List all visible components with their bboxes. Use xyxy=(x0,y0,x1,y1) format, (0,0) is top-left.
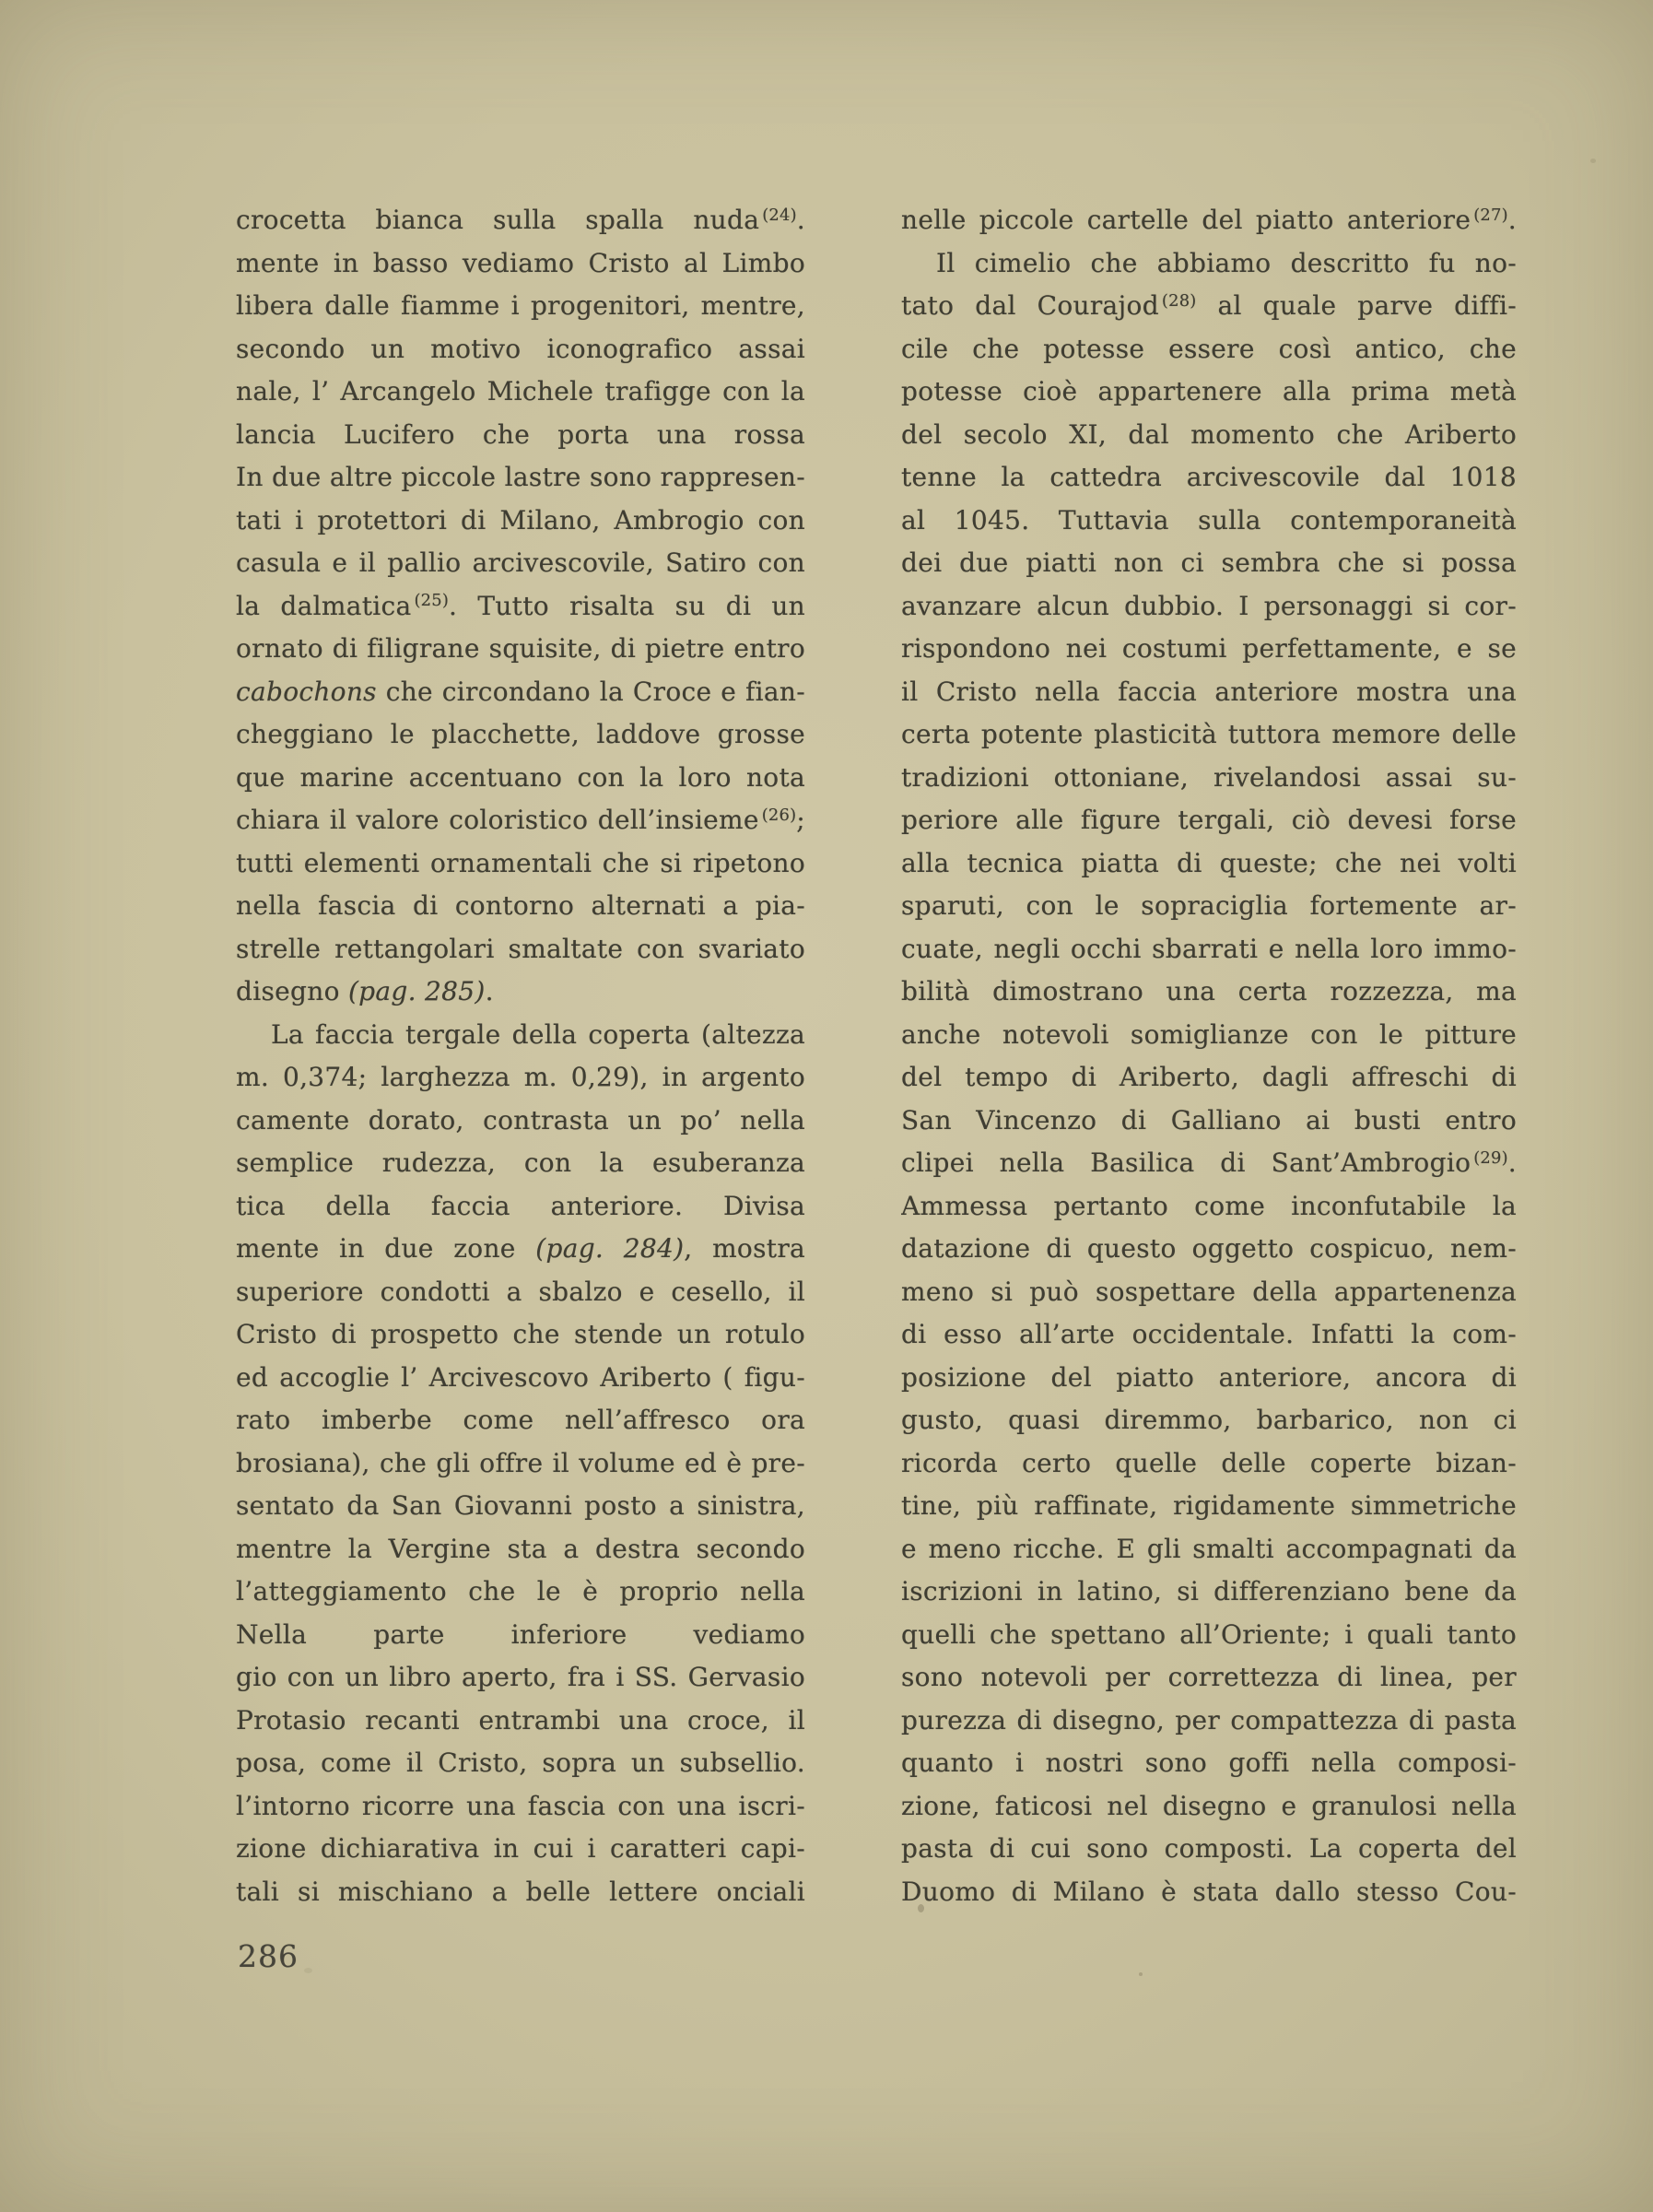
text-line: cuate, negli occhi sbarrati e nella loro… xyxy=(901,928,1517,971)
text-segment: cabochons xyxy=(236,677,377,707)
text-segment: que marine accentuano con la loro nota xyxy=(236,762,805,793)
ink-speck xyxy=(1590,159,1596,163)
text-line: nella fascia di contorno alternati a pia… xyxy=(236,885,805,928)
text-segment: secondo un motivo iconografico assai ori… xyxy=(236,334,805,371)
text-segment: Nella parte inferiore vediamo Sant’Ambro… xyxy=(236,1619,805,1657)
text-line: casula e il pallio arcivescovile, Satiro… xyxy=(236,542,805,585)
text-line: bilità dimostrano una certa rozzezza, ma xyxy=(901,971,1517,1014)
text-line: sentato da San Giovanni posto a sinistra… xyxy=(236,1485,805,1528)
text-segment: . xyxy=(1508,205,1517,235)
text-line: que marine accentuano con la loro nota xyxy=(236,757,805,800)
text-segment: tali si mischiano a belle lettere oncial… xyxy=(236,1877,805,1914)
text-segment: tradizioni ottoniane, rivelandosi assai … xyxy=(901,762,1517,793)
text-line: meno si può sospettare della appartenenz… xyxy=(901,1271,1517,1314)
text-segment: del secolo XI, dal momento che Ariberto xyxy=(901,419,1517,450)
text-line: mente in due zone (pag. 284), mostra nel… xyxy=(236,1228,805,1271)
text-segment: mentre la Vergine sta a destra secondo xyxy=(236,1534,805,1564)
text-line: nelle piccole cartelle del piatto anteri… xyxy=(901,199,1517,242)
text-line: iscrizioni in latino, si differenziano b… xyxy=(901,1571,1517,1614)
text-line: clipei nella Basilica di Sant’Ambrogio(2… xyxy=(901,1142,1517,1185)
text-line: anche notevoli somiglianze con le pittur… xyxy=(901,1014,1517,1057)
footnote-reference: (26) xyxy=(762,806,797,825)
text-line: brosiana), che gli offre il volume ed è … xyxy=(236,1442,805,1486)
text-line: Nella parte inferiore vediamo Sant’Ambro… xyxy=(236,1614,805,1657)
text-segment: clipei nella Basilica di Sant’Ambrogio xyxy=(901,1147,1471,1178)
text-segment: meno si può sospettare della appartenenz… xyxy=(901,1277,1517,1307)
ink-speck xyxy=(1139,1972,1143,1976)
footnote-reference: (28) xyxy=(1162,291,1197,311)
text-line: sono notevoli per correttezza di linea, … xyxy=(901,1656,1517,1700)
text-line: semplice rudezza, con la esuberanza crom… xyxy=(236,1142,805,1185)
text-line: alla tecnica piatta di queste; che nei v… xyxy=(901,842,1517,886)
text-line: nale, l’ Arcangelo Michele trafigge con … xyxy=(236,371,805,414)
text-segment: l’intorno ricorre una fascia con una isc… xyxy=(236,1791,805,1821)
text-line: Duomo di Milano è stata dallo stesso Cou… xyxy=(901,1871,1517,1914)
text-segment: tati i protettori di Milano, Ambrogio co… xyxy=(236,505,805,543)
book-page: crocetta bianca sulla spalla nuda(24). F… xyxy=(0,0,1653,2212)
text-segment: rispondono nei costumi perfettamente, e … xyxy=(901,633,1517,664)
text-segment: certa potente plasticità tuttora memore … xyxy=(901,719,1517,749)
text-segment: sentato da San Giovanni posto a sinistra… xyxy=(236,1490,805,1521)
text-line: Cristo di prospetto che stende un rotulo xyxy=(236,1313,805,1357)
text-segment: chiara il valore coloristico dell’insiem… xyxy=(236,805,759,835)
text-segment: l’atteggiamento che le è proprio nella D… xyxy=(236,1576,805,1614)
text-segment: rato imberbe come nell’affresco ora all’… xyxy=(236,1405,805,1442)
text-segment: e meno ricche. E gli smalti accompagnati… xyxy=(901,1534,1517,1564)
text-segment: posa, come il Cristo, sopra un subsellio… xyxy=(236,1747,805,1785)
footnote-reference: (24) xyxy=(762,206,797,225)
text-segment: La faccia tergale della coperta (altezza xyxy=(271,1019,805,1050)
text-line: mentre la Vergine sta a destra secondo xyxy=(236,1528,805,1571)
text-line: tato dal Courajod(28) al quale parve dif… xyxy=(901,285,1517,328)
text-line: libera dalle fiamme i progenitori, mentr… xyxy=(236,285,805,328)
text-line: tica della faccia anteriore. Divisa tras… xyxy=(236,1185,805,1229)
text-line: datazione di questo oggetto cospicuo, ne… xyxy=(901,1228,1517,1271)
footnote-reference: (25) xyxy=(414,591,449,610)
text-line: cheggiano le placchette, laddove grosse … xyxy=(236,713,805,757)
text-line: del tempo di Ariberto, dagli affreschi d… xyxy=(901,1056,1517,1100)
text-segment: cheggiano le placchette, laddove grosse … xyxy=(236,719,805,757)
text-line: Ammessa pertanto come inconfutabile la xyxy=(901,1185,1517,1229)
text-line: la dalmatica(25). Tutto risalta su di un… xyxy=(236,585,805,629)
text-segment: . xyxy=(486,976,494,1006)
text-line: cabochons che circondano la Croce e fian… xyxy=(236,671,805,714)
text-segment: pasta di cui sono composti. La coperta d… xyxy=(901,1833,1517,1864)
text-line: l’atteggiamento che le è proprio nella D… xyxy=(236,1571,805,1614)
text-segment: semplice rudezza, con la esuberanza crom… xyxy=(236,1147,805,1185)
text-line: tradizioni ottoniane, rivelandosi assai … xyxy=(901,757,1517,800)
text-line: zione, faticosi nel disegno e granulosi … xyxy=(901,1785,1517,1829)
text-line: disegno (pag. 285). xyxy=(236,971,805,1014)
text-segment: al 1045. Tuttavia sulla contemporaneità xyxy=(901,505,1517,535)
text-segment: nelle piccole cartelle del piatto anteri… xyxy=(901,205,1471,235)
text-segment: Ammessa pertanto come inconfutabile la xyxy=(901,1191,1517,1221)
text-line: camente dorato, contrasta un po’ nella s… xyxy=(236,1100,805,1143)
text-segment: cuate, negli occhi sbarrati e nella loro… xyxy=(901,934,1517,964)
text-segment: (pag. 285) xyxy=(348,976,486,1006)
text-segment: periore alle figure tergali, ciò devesi … xyxy=(901,805,1517,835)
text-line: crocetta bianca sulla spalla nuda(24). F… xyxy=(236,199,805,242)
text-segment: la dalmatica xyxy=(236,591,411,621)
text-segment: libera dalle fiamme i progenitori, mentr… xyxy=(236,290,805,321)
text-segment: tine, più raffinate, rigidamente simmetr… xyxy=(901,1490,1517,1521)
text-segment: zione, faticosi nel disegno e granulosi … xyxy=(901,1791,1517,1821)
page-number: 286 xyxy=(238,1941,299,1971)
text-segment: al quale parve diffi- xyxy=(1196,290,1517,321)
text-segment: quelli che spettano all’Oriente; i quali… xyxy=(901,1619,1517,1650)
text-line: dei due piatti non ci sembra che si poss… xyxy=(901,542,1517,585)
text-segment: avanzare alcun dubbio. I personaggi si c… xyxy=(901,591,1517,621)
text-line: chiara il valore coloristico dell’insiem… xyxy=(236,799,805,842)
text-segment: mente in due zone xyxy=(236,1233,535,1264)
text-segment: cile che potesse essere così antico, che xyxy=(901,334,1517,364)
text-segment: disegno xyxy=(236,976,348,1006)
ink-speck xyxy=(918,1904,924,1912)
text-segment: lancia Lucifero che porta una rossa coro… xyxy=(236,419,805,457)
text-segment: Duomo di Milano è stata dallo stesso Cou… xyxy=(901,1877,1517,1907)
text-line: il Cristo nella faccia anteriore mostra … xyxy=(901,671,1517,714)
text-segment: crocetta bianca sulla spalla nuda xyxy=(236,205,759,235)
text-line: tenne la cattedra arcivescovile dal 1018 xyxy=(901,456,1517,500)
text-segment: zione dichiarativa in cui i caratteri ca… xyxy=(236,1833,805,1864)
text-segment: iscrizioni in latino, si differenziano b… xyxy=(901,1576,1517,1606)
text-line: gusto, quasi diremmo, barbarico, non ci xyxy=(901,1399,1517,1442)
text-line: tutti elementi ornamentali che si ripeto… xyxy=(236,842,805,886)
text-segment: San Vincenzo di Galliano ai busti entro xyxy=(901,1105,1517,1135)
text-segment: camente dorato, contrasta un po’ nella s… xyxy=(236,1105,805,1143)
text-segment: sparuti, con le sopraciglia fortemente a… xyxy=(901,890,1517,921)
text-line: mente in basso vediamo Cristo al Limbo c… xyxy=(236,242,805,286)
text-segment: del tempo di Ariberto, dagli affreschi d… xyxy=(901,1062,1517,1092)
text-line: quelli che spettano all’Oriente; i quali… xyxy=(901,1614,1517,1657)
text-line: periore alle figure tergali, ciò devesi … xyxy=(901,799,1517,842)
text-segment: dei due piatti non ci sembra che si poss… xyxy=(901,547,1517,578)
text-segment: tica della faccia anteriore. Divisa tras… xyxy=(236,1191,805,1229)
text-line: m. 0,374; larghezza m. 0,29), in argento… xyxy=(236,1056,805,1100)
text-line: quanto i nostri sono goffi nella composi… xyxy=(901,1742,1517,1785)
text-segment: brosiana), che gli offre il volume ed è … xyxy=(236,1448,805,1478)
text-segment: Protasio recanti entrambi una croce, il … xyxy=(236,1705,805,1743)
text-line: ricorda certo quelle delle coperte bizan… xyxy=(901,1442,1517,1486)
text-line: In due altre piccole lastre sono rappres… xyxy=(236,456,805,500)
text-line: secondo un motivo iconografico assai ori… xyxy=(236,328,805,371)
text-line: zione dichiarativa in cui i caratteri ca… xyxy=(236,1828,805,1871)
text-line: rato imberbe come nell’affresco ora all’… xyxy=(236,1399,805,1442)
text-line: Protasio recanti entrambi una croce, il … xyxy=(236,1700,805,1743)
text-segment: alla tecnica piatta di queste; che nei v… xyxy=(901,848,1517,878)
text-line: San Vincenzo di Galliano ai busti entro xyxy=(901,1100,1517,1143)
right-column: nelle piccole cartelle del piatto anteri… xyxy=(901,199,1517,1913)
text-segment: di esso all’arte occidentale. Infatti la… xyxy=(901,1319,1517,1349)
text-segment: m. 0,374; larghezza m. 0,29), in argento… xyxy=(236,1062,805,1100)
text-line: tine, più raffinate, rigidamente simmetr… xyxy=(901,1485,1517,1528)
text-segment: mente in basso vediamo Cristo al Limbo c… xyxy=(236,248,805,286)
text-line: tali si mischiano a belle lettere oncial… xyxy=(236,1871,805,1914)
text-segment: nale, l’ Arcangelo Michele trafigge con … xyxy=(236,376,805,406)
text-line: posizione del piatto anteriore, ancora d… xyxy=(901,1357,1517,1400)
text-line: La faccia tergale della coperta (altezza xyxy=(236,1014,805,1057)
text-segment: purezza di disegno, per compattezza di p… xyxy=(901,1705,1517,1735)
text-segment: superiore condotti a sbalzo e cesello, i… xyxy=(236,1277,805,1307)
text-line: l’intorno ricorre una fascia con una isc… xyxy=(236,1785,805,1829)
text-segment: tenne la cattedra arcivescovile dal 1018 xyxy=(901,462,1517,492)
text-segment: quanto i nostri sono goffi nella composi… xyxy=(901,1747,1517,1778)
text-line: superiore condotti a sbalzo e cesello, i… xyxy=(236,1271,805,1314)
text-segment: . xyxy=(1508,1147,1517,1178)
text-segment: anche notevoli somiglianze con le pittur… xyxy=(901,1019,1517,1050)
text-segment: bilità dimostrano una certa rozzezza, ma xyxy=(901,976,1517,1006)
text-segment: ornato di filigrane squisite, di pietre … xyxy=(236,633,805,664)
text-line: e meno ricche. E gli smalti accompagnati… xyxy=(901,1528,1517,1571)
text-line: di esso all’arte occidentale. Infatti la… xyxy=(901,1313,1517,1357)
text-line: al 1045. Tuttavia sulla contemporaneità xyxy=(901,500,1517,543)
text-segment: In due altre piccole lastre sono rappres… xyxy=(236,462,805,492)
text-segment: strelle rettangolari smaltate con svaria… xyxy=(236,934,805,964)
text-line: ornato di filigrane squisite, di pietre … xyxy=(236,628,805,671)
text-line: sparuti, con le sopraciglia fortemente a… xyxy=(901,885,1517,928)
text-line: del secolo XI, dal momento che Ariberto xyxy=(901,414,1517,457)
text-line: tati i protettori di Milano, Ambrogio co… xyxy=(236,500,805,543)
text-line: Il cimelio che abbiamo descritto fu no- xyxy=(901,242,1517,286)
text-segment: nella fascia di contorno alternati a pia… xyxy=(236,890,805,921)
text-segment: potesse cioè appartenere alla prima metà xyxy=(901,376,1517,406)
text-segment: datazione di questo oggetto cospicuo, ne… xyxy=(901,1233,1517,1264)
text-line: ed accoglie l’ Arcivescovo Ariberto ( fi… xyxy=(236,1357,805,1400)
text-segment: posizione del piatto anteriore, ancora d… xyxy=(901,1362,1517,1393)
text-line: cile che potesse essere così antico, che xyxy=(901,328,1517,371)
text-segment: che circondano la Croce e fian- xyxy=(377,677,805,707)
text-segment: (pag. 284) xyxy=(535,1233,684,1264)
text-segment: gusto, quasi diremmo, barbarico, non ci xyxy=(901,1405,1517,1435)
text-segment: tato dal Courajod xyxy=(901,290,1159,321)
text-line: posa, come il Cristo, sopra un subsellio… xyxy=(236,1742,805,1785)
text-segment: ; xyxy=(796,805,805,835)
text-segment: il Cristo nella faccia anteriore mostra … xyxy=(901,677,1517,707)
footnote-reference: (29) xyxy=(1473,1148,1508,1168)
text-line: potesse cioè appartenere alla prima metà xyxy=(901,371,1517,414)
text-line: pasta di cui sono composti. La coperta d… xyxy=(901,1828,1517,1871)
text-segment: gio con un libro aperto, fra i SS. Gerva… xyxy=(236,1662,805,1700)
text-segment: sono notevoli per correttezza di linea, … xyxy=(901,1662,1517,1692)
text-segment: Cristo di prospetto che stende un rotulo xyxy=(236,1319,805,1349)
text-line: rispondono nei costumi perfettamente, e … xyxy=(901,628,1517,671)
text-line: lancia Lucifero che porta una rossa coro… xyxy=(236,414,805,457)
text-segment: tutti elementi ornamentali che si ripeto… xyxy=(236,848,805,878)
text-line: certa potente plasticità tuttora memore … xyxy=(901,713,1517,757)
ink-speck xyxy=(304,1968,312,1973)
text-segment: ricorda certo quelle delle coperte bizan… xyxy=(901,1448,1517,1478)
text-line: purezza di disegno, per compattezza di p… xyxy=(901,1700,1517,1743)
text-line: strelle rettangolari smaltate con svaria… xyxy=(236,928,805,971)
text-segment: Il cimelio che abbiamo descritto fu no- xyxy=(936,248,1517,278)
footnote-reference: (27) xyxy=(1473,206,1508,225)
text-line: gio con un libro aperto, fra i SS. Gerva… xyxy=(236,1656,805,1700)
left-column: crocetta bianca sulla spalla nuda(24). F… xyxy=(236,199,805,1913)
text-segment: casula e il pallio arcivescovile, Satiro… xyxy=(236,547,805,578)
text-line: avanzare alcun dubbio. I personaggi si c… xyxy=(901,585,1517,629)
text-segment: ed accoglie l’ Arcivescovo Ariberto ( fi… xyxy=(236,1362,805,1393)
